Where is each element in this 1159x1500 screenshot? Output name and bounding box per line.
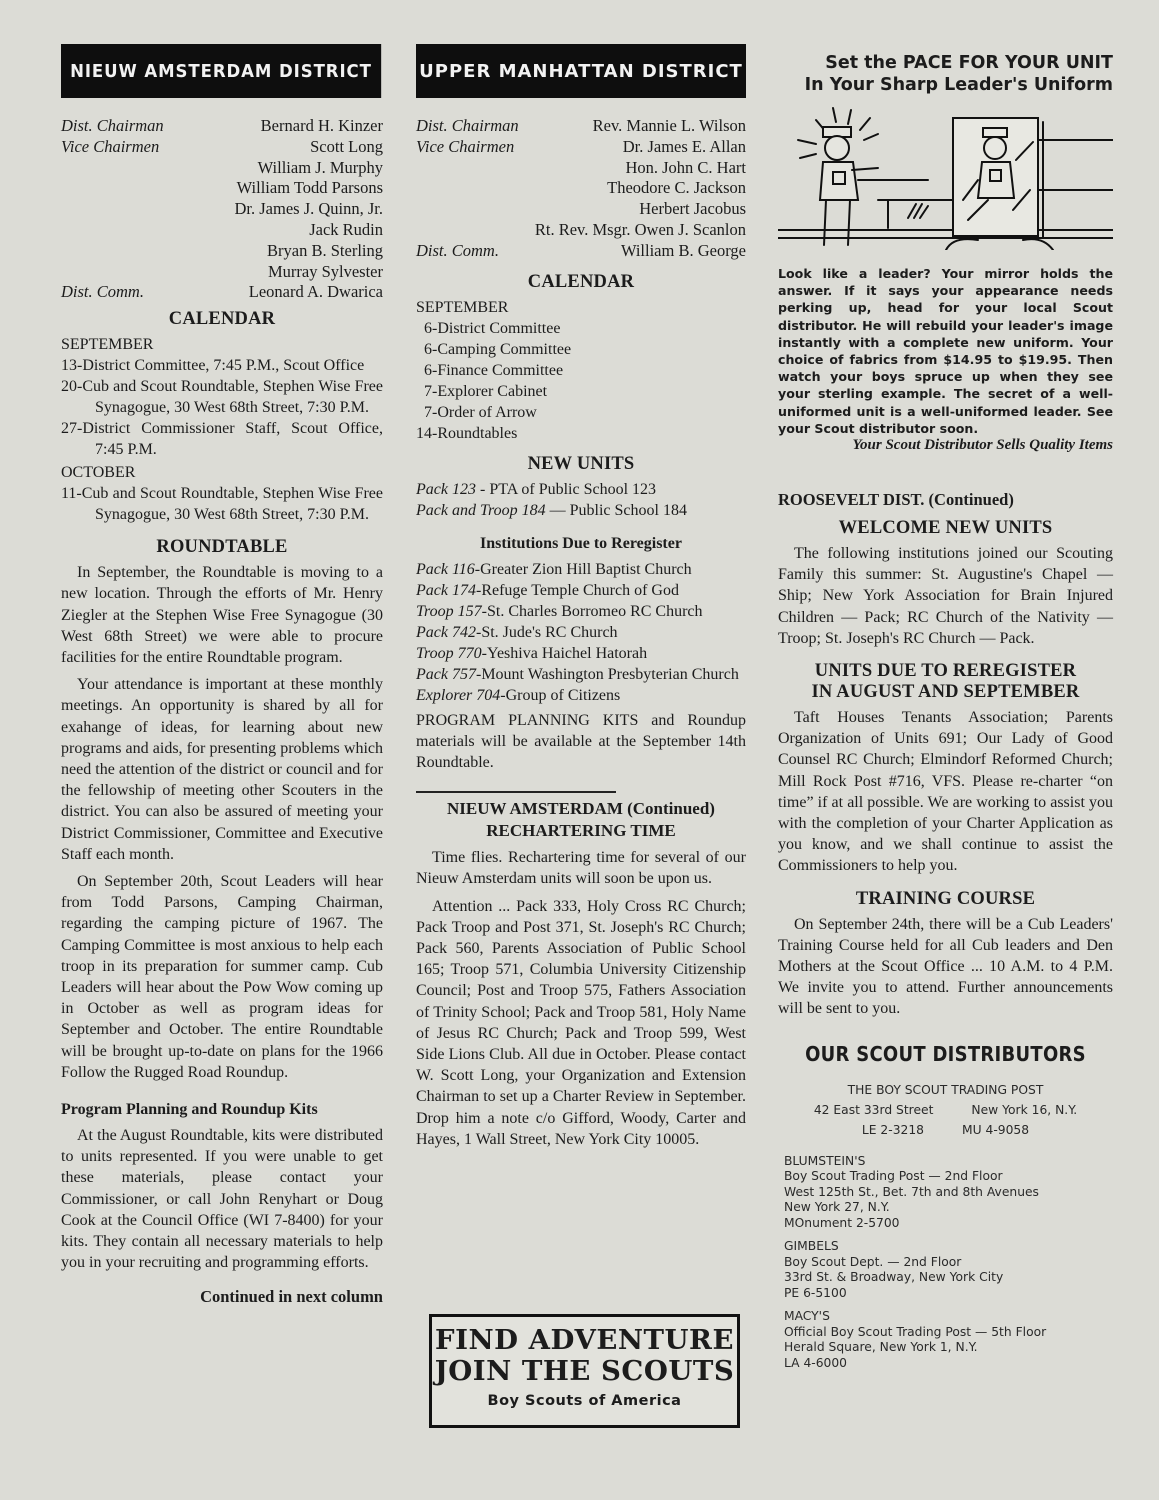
unit-label: Pack 757	[416, 666, 476, 683]
store-line: Boy Scout Trading Post — 2nd Floor	[784, 1169, 1113, 1185]
roundtable-paragraph: Your attendance is important at these mo…	[61, 674, 383, 865]
officer-name: Hon. John C. Hart	[416, 158, 746, 179]
due-heading: UNITS DUE TO REREGISTER	[778, 661, 1113, 682]
officer-row: Vice ChairmenScott Long	[61, 137, 383, 158]
due-heading: IN AUGUST AND SEPTEMBER	[778, 682, 1113, 703]
new-units-heading: NEW UNITS	[416, 454, 746, 475]
store-line: MOnument 2-5700	[784, 1216, 1113, 1232]
officer-name: Jack Rudin	[61, 220, 383, 241]
calendar-event: 7-Explorer Cabinet	[416, 381, 746, 402]
unit-label: Pack 116	[416, 561, 475, 578]
calendar-event: 6-Finance Committee	[416, 360, 746, 381]
calendar-heading: CALENDAR	[61, 309, 383, 330]
reregister-item: Pack 757-Mount Washington Presbyterian C…	[416, 664, 746, 685]
officer-list: Dist. ChairmanBernard H. Kinzer Vice Cha…	[61, 116, 383, 303]
unit-org: -Yeshiva Haichel Hatorah	[482, 645, 647, 662]
phone-row: LE 2-3218MU 4-9058	[778, 1120, 1113, 1140]
reregister-item: Troop 157-St. Charles Borromeo RC Church	[416, 601, 746, 622]
reregister-item: Pack 116-Greater Zion Hill Baptist Churc…	[416, 559, 746, 580]
promo-text: Look like a leader? Your mirror holds th…	[778, 265, 1113, 437]
unit-label: Explorer 704	[416, 687, 500, 704]
store-line: 33rd St. & Broadway, New York City	[784, 1270, 1113, 1286]
reregister-item: Troop 770-Yeshiva Haichel Hatorah	[416, 643, 746, 664]
unit-label: Pack 123	[416, 481, 476, 498]
continued-note: Continued in next column	[61, 1287, 383, 1307]
store-block: MACY'S Official Boy Scout Trading Post —…	[778, 1309, 1113, 1371]
column-nieuw-amsterdam: NIEUW AMSTERDAM DISTRICT Dist. ChairmanB…	[61, 0, 383, 1307]
ad-headline: FIND ADVENTURE	[429, 1325, 740, 1356]
officer-row: Dist. Comm.Leonard A. Dwarica	[61, 282, 383, 303]
kits-heading: Program Planning and Roundup Kits	[61, 1101, 383, 1119]
store-block: BLUMSTEIN'S Boy Scout Trading Post — 2nd…	[778, 1154, 1113, 1232]
calendar-month: SEPTEMBER	[416, 297, 746, 318]
calendar-month: OCTOBER	[61, 462, 383, 483]
store-line: West 125th St., Bet. 7th and 8th Avenues	[784, 1185, 1113, 1201]
officer-row: Dist. Comm.William B. George	[416, 241, 746, 262]
calendar-event: 7-Order of Arrow	[416, 402, 746, 423]
promo-title-line: Set the PACE FOR YOUR UNIT	[778, 52, 1113, 74]
roosevelt-heading: ROOSEVELT DIST. (Continued)	[778, 490, 1113, 510]
officer-row: Vice ChairmenDr. James E. Allan	[416, 137, 746, 158]
officer-name: William B. George	[499, 241, 746, 262]
unit-org: -Group of Citizens	[500, 687, 620, 704]
unit-label: Troop 157	[416, 603, 482, 620]
district-header-nieuw-amsterdam: NIEUW AMSTERDAM DISTRICT	[61, 44, 381, 98]
trading-post-block: THE BOY SCOUT TRADING POST 42 East 33rd …	[778, 1080, 1113, 1140]
officer-role: Dist. Comm.	[416, 241, 499, 262]
officer-name: Murray Sylvester	[61, 262, 383, 283]
officer-row: Jack Rudin	[61, 220, 383, 241]
calendar-event: 6-District Committee	[416, 318, 746, 339]
new-unit-item: Pack and Troop 184 — Public School 184	[416, 500, 746, 521]
calendar-event: 14-Roundtables	[416, 423, 746, 444]
calendar-heading: CALENDAR	[416, 272, 746, 293]
roundtable-paragraph: On September 20th, Scout Leaders will he…	[61, 871, 383, 1083]
officer-row: William Todd Parsons	[61, 178, 383, 199]
training-heading: TRAINING COURSE	[778, 889, 1113, 910]
store-line: New York 27, N.Y.	[784, 1200, 1113, 1216]
separator: -	[476, 481, 489, 498]
due-paragraph: Taft Houses Tenants Association; Parents…	[778, 707, 1113, 877]
training-paragraph: On September 24th, there will be a Cub L…	[778, 914, 1113, 1020]
calendar-list: SEPTEMBER 6-District Committee 6-Camping…	[416, 297, 746, 444]
reregister-item: Pack 174-Refuge Temple Church of God	[416, 580, 746, 601]
unit-label: Pack 742	[416, 624, 476, 641]
officer-role: Dist. Chairman	[416, 116, 519, 137]
rechartering-paragraph: Time flies. Rechartering time for severa…	[416, 847, 746, 889]
officer-name: Rt. Rev. Msgr. Owen J. Scanlon	[416, 220, 746, 241]
promo-title: Set the PACE FOR YOUR UNIT In Your Sharp…	[778, 52, 1113, 96]
officer-name: Bernard H. Kinzer	[164, 116, 383, 137]
roundtable-heading: ROUNDTABLE	[61, 537, 383, 558]
address-row: 42 East 33rd StreetNew York 16, N.Y.	[778, 1100, 1113, 1120]
section-divider	[416, 791, 616, 793]
store-name: THE BOY SCOUT TRADING POST	[778, 1080, 1113, 1100]
unit-org: -St. Charles Borromeo RC Church	[482, 603, 703, 620]
officer-name: Rev. Mannie L. Wilson	[519, 116, 746, 137]
officer-row: William J. Murphy	[61, 158, 383, 179]
officer-name: Herbert Jacobus	[416, 199, 746, 220]
scout-leader-mirror-illustration	[778, 100, 1113, 250]
new-unit-item: Pack 123 - PTA of Public School 123	[416, 479, 746, 500]
officer-name: Dr. James J. Quinn, Jr.	[61, 199, 383, 220]
ad-headline: JOIN THE SCOUTS	[429, 1356, 740, 1387]
unit-org: PTA of Public School 123	[489, 481, 656, 498]
store-phone: MU 4-9058	[962, 1120, 1029, 1140]
officer-row: Dist. ChairmanBernard H. Kinzer	[61, 116, 383, 137]
officer-row: Murray Sylvester	[61, 262, 383, 283]
store-address: 42 East 33rd Street	[814, 1100, 934, 1120]
rechartering-heading: RECHARTERING TIME	[416, 821, 746, 841]
officer-row: Theodore C. Jackson	[416, 178, 746, 199]
rechartering-paragraph: Attention ... Pack 333, Holy Cross RC Ch…	[416, 896, 746, 1150]
ad-subtitle: Boy Scouts of America	[432, 1393, 737, 1409]
welcome-heading: WELCOME NEW UNITS	[778, 518, 1113, 539]
store-line: LA 4-6000	[784, 1356, 1113, 1372]
column-upper-manhattan: UPPER MANHATTAN DISTRICT Dist. ChairmanR…	[416, 0, 746, 1150]
nieuw-continued-heading: NIEUW AMSTERDAM (Continued)	[416, 799, 746, 819]
officer-name: William Todd Parsons	[61, 178, 383, 199]
officer-name: Leonard A. Dwarica	[144, 282, 383, 303]
column-right: Set the PACE FOR YOUR UNIT In Your Sharp…	[778, 0, 1113, 1371]
officer-row: Hon. John C. Hart	[416, 158, 746, 179]
officer-role: Dist. Comm.	[61, 282, 144, 303]
promo-tagline: Your Scout Distributor Sells Quality Ite…	[778, 437, 1113, 454]
store-line: PE 6-5100	[784, 1286, 1113, 1302]
separator: —	[546, 502, 570, 519]
calendar-event: 13-District Committee, 7:45 P.M., Scout …	[61, 355, 383, 376]
unit-org: -Greater Zion Hill Baptist Church	[475, 561, 692, 578]
store-name: GIMBELS	[784, 1239, 1113, 1255]
join-scouts-ad: FIND ADVENTURE JOIN THE SCOUTS Boy Scout…	[429, 1314, 740, 1428]
officer-name: Dr. James E. Allan	[514, 137, 746, 158]
reregister-list: Pack 116-Greater Zion Hill Baptist Churc…	[416, 559, 746, 706]
officer-row: Bryan B. Sterling	[61, 241, 383, 262]
unit-org: -Refuge Temple Church of God	[476, 582, 679, 599]
officer-role: Vice Chairmen	[416, 137, 514, 158]
unit-label: Pack and Troop 184	[416, 502, 546, 519]
officer-row: Dist. ChairmanRev. Mannie L. Wilson	[416, 116, 746, 137]
store-line: Herald Square, New York 1, N.Y.	[784, 1340, 1113, 1356]
officer-name: Theodore C. Jackson	[416, 178, 746, 199]
calendar-event: 11-Cub and Scout Roundtable, Stephen Wis…	[61, 483, 383, 525]
store-city: New York 16, N.Y.	[971, 1100, 1077, 1120]
store-phone: LE 2-3218	[862, 1120, 924, 1140]
officer-name: Bryan B. Sterling	[61, 241, 383, 262]
calendar-list: SEPTEMBER 13-District Committee, 7:45 P.…	[61, 334, 383, 525]
officer-role: Vice Chairmen	[61, 137, 159, 158]
unit-org: Public School 184	[570, 502, 687, 519]
store-name: BLUMSTEIN'S	[784, 1154, 1113, 1170]
unit-org: -Mount Washington Presbyterian Church	[476, 666, 739, 683]
store-line: Boy Scout Dept. — 2nd Floor	[784, 1255, 1113, 1271]
unit-org: -St. Jude's RC Church	[476, 624, 618, 641]
kits-paragraph: At the August Roundtable, kits were dist…	[61, 1125, 383, 1273]
officer-row: Herbert Jacobus	[416, 199, 746, 220]
calendar-event: 20-Cub and Scout Roundtable, Stephen Wis…	[61, 376, 383, 418]
reregister-heading: Institutions Due to Reregister	[416, 535, 746, 553]
promo-title-line: In Your Sharp Leader's Uniform	[778, 74, 1113, 96]
store-block: GIMBELS Boy Scout Dept. — 2nd Floor 33rd…	[778, 1239, 1113, 1301]
officer-list: Dist. ChairmanRev. Mannie L. Wilson Vice…	[416, 116, 746, 262]
distributors-heading: OUR SCOUT DISTRIBUTORS	[795, 1042, 1097, 1066]
calendar-month: SEPTEMBER	[61, 334, 383, 355]
roundtable-paragraph: In September, the Roundtable is moving t…	[61, 562, 383, 668]
officer-name: Scott Long	[159, 137, 383, 158]
reregister-item: Explorer 704-Group of Citizens	[416, 685, 746, 706]
store-line: Official Boy Scout Trading Post — 5th Fl…	[784, 1325, 1113, 1341]
officer-row: Dr. James J. Quinn, Jr.	[61, 199, 383, 220]
welcome-paragraph: The following institutions joined our Sc…	[778, 543, 1113, 649]
calendar-event: 27-District Commissioner Staff, Scout Of…	[61, 418, 383, 460]
unit-label: Pack 174	[416, 582, 476, 599]
officer-row: Rt. Rev. Msgr. Owen J. Scanlon	[416, 220, 746, 241]
store-name: MACY'S	[784, 1309, 1113, 1325]
calendar-event: 6-Camping Committee	[416, 339, 746, 360]
district-header-upper-manhattan: UPPER MANHATTAN DISTRICT	[416, 44, 746, 98]
kits-note: PROGRAM PLANNING KITS and Roundup materi…	[416, 710, 746, 774]
officer-name: William J. Murphy	[61, 158, 383, 179]
reregister-item: Pack 742-St. Jude's RC Church	[416, 622, 746, 643]
new-units-list: Pack 123 - PTA of Public School 123 Pack…	[416, 479, 746, 521]
officer-role: Dist. Chairman	[61, 116, 164, 137]
unit-label: Troop 770	[416, 645, 482, 662]
